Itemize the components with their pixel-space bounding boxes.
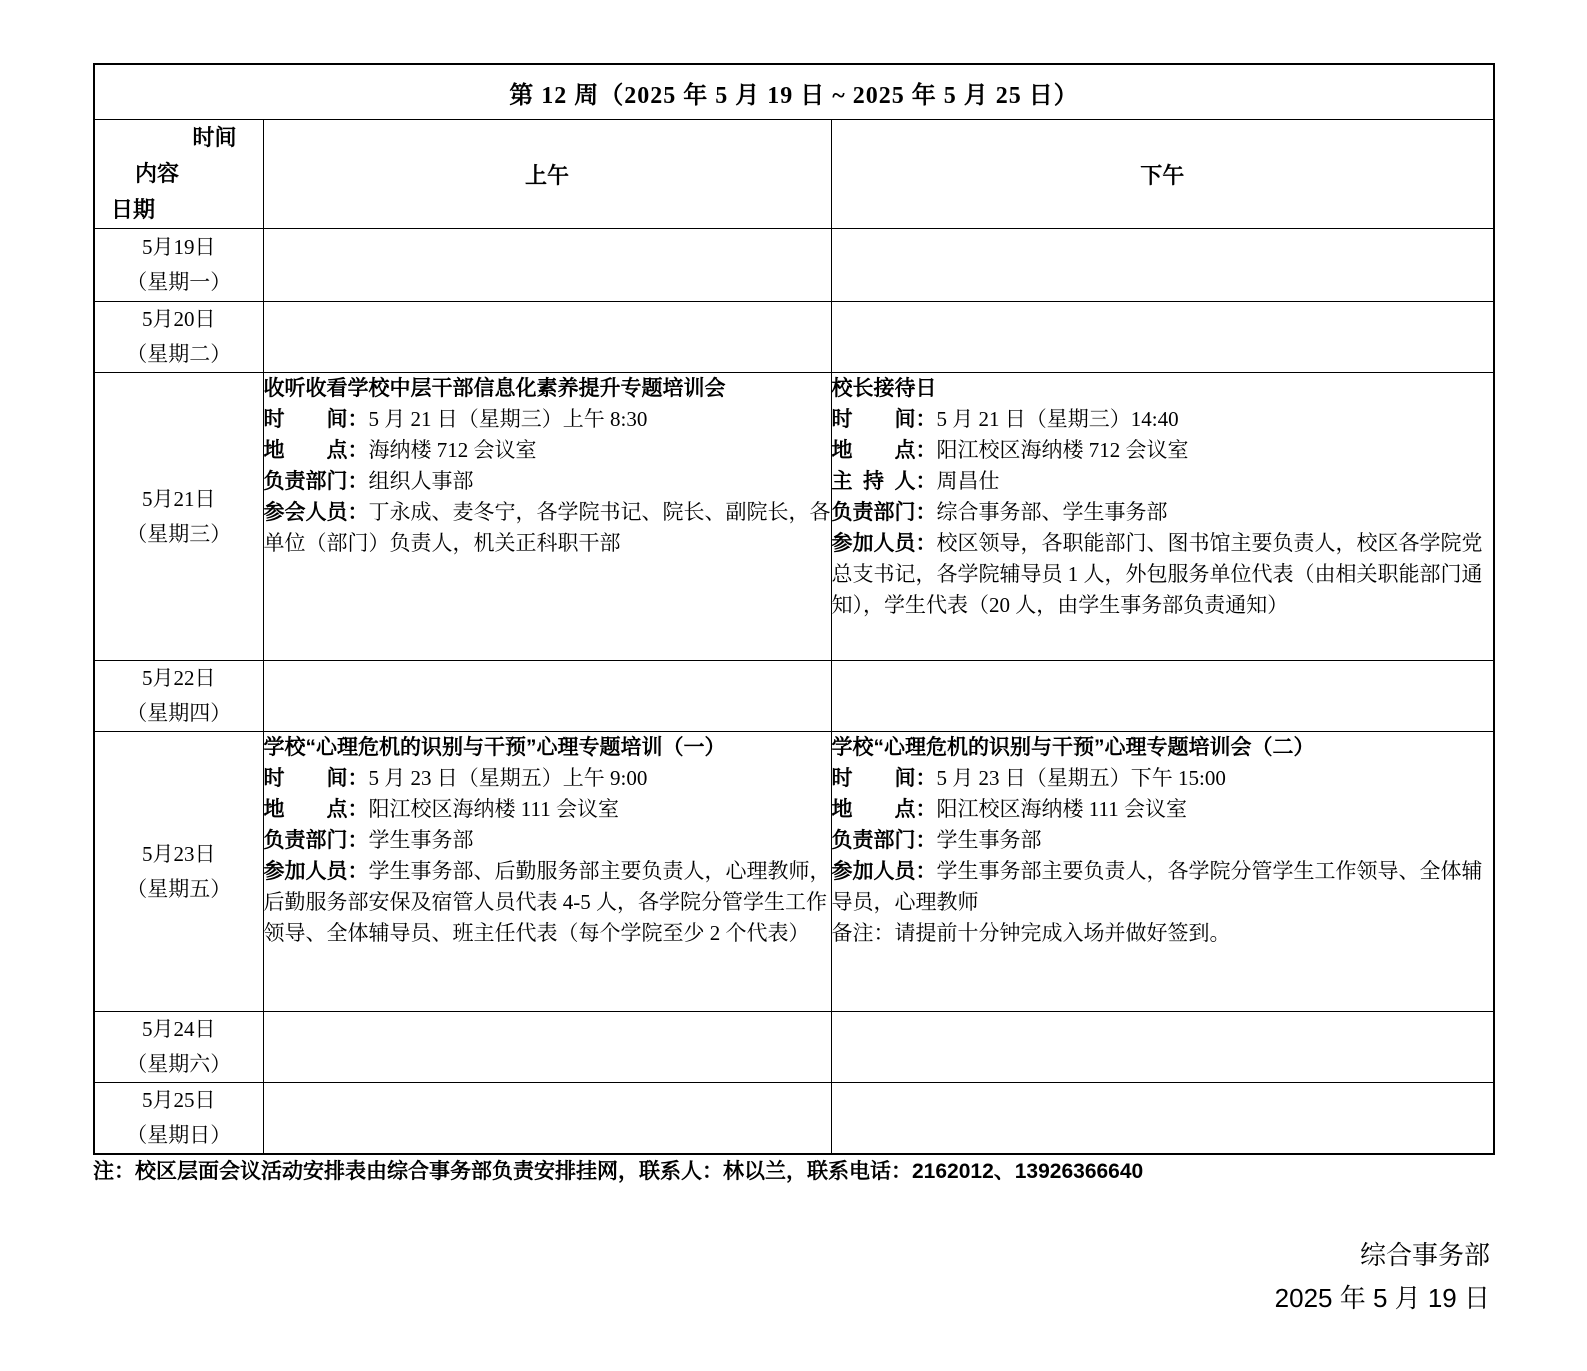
date-label: 5月24日	[95, 1012, 263, 1047]
afternoon-cell	[831, 1083, 1494, 1155]
event-field: 负责部门：综合事务部、学生事务部	[832, 497, 1494, 528]
event-title: 收听收看学校中层干部信息化素养提升专题培训会	[264, 373, 831, 404]
event-field: 参加人员：学生事务部主要负责人，各学院分管学生工作领导、全体辅导员，心理教师	[832, 856, 1494, 918]
afternoon-cell	[831, 229, 1494, 302]
event-field: 地 点：阳江校区海纳楼 111 会议室	[832, 794, 1494, 825]
date-label: 5月23日	[95, 837, 263, 872]
field-label: 地 点：	[832, 438, 937, 462]
corner-header-cell: 时间 内容 日期	[94, 120, 263, 229]
afternoon-cell: 学校“心理危机的识别与干预”心理专题培训会（二）时 间：5 月 23 日（星期五…	[831, 732, 1494, 1012]
weekday-label: （星期日）	[95, 1118, 263, 1153]
event-field: 时 间：5 月 21 日（星期三）14:40	[832, 404, 1494, 435]
morning-cell: 收听收看学校中层干部信息化素养提升专题培训会时 间：5 月 21 日（星期三）上…	[263, 373, 831, 661]
afternoon-cell	[831, 1012, 1494, 1083]
field-value: 5 月 21 日（星期三）上午 8:30	[369, 407, 648, 431]
date-label: 5月25日	[95, 1083, 263, 1118]
field-value: 请提前十分钟完成入场并做好签到。	[895, 921, 1231, 945]
field-value: 阳江校区海纳楼 111 会议室	[937, 797, 1187, 821]
weekday-label: （星期六）	[95, 1047, 263, 1082]
afternoon-cell: 校长接待日时 间：5 月 21 日（星期三）14:40地 点：阳江校区海纳楼 7…	[831, 373, 1494, 661]
field-label: 地 点：	[832, 797, 937, 821]
afternoon-cell	[831, 302, 1494, 373]
signature-department: 综合事务部	[1275, 1234, 1490, 1277]
afternoon-cell	[831, 661, 1494, 732]
event-field: 负责部门：学生事务部	[264, 825, 831, 856]
field-value: 5 月 23 日（星期五）上午 9:00	[369, 766, 648, 790]
date-cell: 5月19日（星期一）	[94, 229, 263, 302]
field-value: 学生事务部	[369, 828, 474, 852]
table-title: 第 12 周（2025 年 5 月 19 日 ~ 2025 年 5 月 25 日…	[94, 64, 1494, 120]
signature-block: 综合事务部 2025 年 5 月 19 日	[1275, 1234, 1490, 1320]
table-title-row: 第 12 周（2025 年 5 月 19 日 ~ 2025 年 5 月 25 日…	[94, 64, 1494, 120]
table-header-row: 时间 内容 日期 上午 下午	[94, 120, 1494, 229]
event-title: 学校“心理危机的识别与干预”心理专题培训（一）	[264, 732, 831, 763]
date-cell: 5月23日（星期五）	[94, 732, 263, 1012]
field-value: 周昌仕	[937, 469, 1000, 493]
corner-label-content: 内容	[95, 156, 263, 192]
date-cell: 5月21日（星期三）	[94, 373, 263, 661]
event-field: 备注：请提前十分钟完成入场并做好签到。	[832, 918, 1494, 949]
schedule-body: 5月19日（星期一）5月20日（星期二）5月21日（星期三）收听收看学校中层干部…	[94, 229, 1494, 1155]
event-field: 参会人员：丁永成、麦冬宁，各学院书记、院长、副院长，各单位（部门）负责人，机关正…	[264, 497, 831, 559]
day-row: 5月25日（星期日）	[94, 1083, 1494, 1155]
date-cell: 5月24日（星期六）	[94, 1012, 263, 1083]
field-value: 阳江校区海纳楼 111 会议室	[369, 797, 619, 821]
date-cell: 5月25日（星期日）	[94, 1083, 263, 1155]
corner-label-time: 时间	[95, 120, 263, 156]
event-field: 地 点：阳江校区海纳楼 712 会议室	[832, 435, 1494, 466]
date-cell: 5月22日（星期四）	[94, 661, 263, 732]
day-row: 5月21日（星期三）收听收看学校中层干部信息化素养提升专题培训会时 间：5 月 …	[94, 373, 1494, 661]
field-label: 地 点：	[264, 797, 369, 821]
morning-cell	[263, 229, 831, 302]
field-label: 负责部门：	[832, 828, 937, 852]
field-label: 参会人员：	[264, 500, 369, 524]
field-label: 地 点：	[264, 438, 369, 462]
footnote: 注：校区层面会议活动安排表由综合事务部负责安排挂网，联系人：林以兰，联系电话：2…	[93, 1157, 1493, 1187]
weekday-label: （星期三）	[95, 517, 263, 552]
field-label: 时 间：	[832, 407, 937, 431]
day-row: 5月24日（星期六）	[94, 1012, 1494, 1083]
day-row: 5月20日（星期二）	[94, 302, 1494, 373]
field-value: 5 月 21 日（星期三）14:40	[937, 407, 1179, 431]
weekday-label: （星期五）	[95, 872, 263, 907]
column-header-morning: 上午	[263, 120, 831, 229]
event-field: 主 持 人：周昌仕	[832, 466, 1494, 497]
day-row: 5月19日（星期一）	[94, 229, 1494, 302]
weekday-label: （星期一）	[95, 265, 263, 300]
weekday-label: （星期四）	[95, 696, 263, 731]
field-label: 负责部门：	[264, 828, 369, 852]
column-header-afternoon: 下午	[831, 120, 1494, 229]
event-field: 时 间：5 月 21 日（星期三）上午 8:30	[264, 404, 831, 435]
field-value: 学生事务部	[937, 828, 1042, 852]
event-field: 地 点：海纳楼 712 会议室	[264, 435, 831, 466]
day-row: 5月23日（星期五）学校“心理危机的识别与干预”心理专题培训（一）时 间：5 月…	[94, 732, 1494, 1012]
morning-cell	[263, 1012, 831, 1083]
date-label: 5月20日	[95, 302, 263, 337]
field-label: 负责部门：	[832, 500, 937, 524]
field-label: 主 持 人：	[832, 469, 937, 493]
field-label: 参加人员：	[832, 859, 937, 883]
field-value: 海纳楼 712 会议室	[369, 438, 537, 462]
field-label: 时 间：	[264, 407, 369, 431]
event-field: 参加人员：学生事务部、后勤服务部主要负责人，心理教师，后勤服务部安保及宿管人员代…	[264, 856, 831, 949]
weekly-schedule-document: 第 12 周（2025 年 5 月 19 日 ~ 2025 年 5 月 25 日…	[0, 0, 1587, 1371]
weekday-label: （星期二）	[95, 337, 263, 372]
field-value: 组织人事部	[369, 469, 474, 493]
field-label: 负责部门：	[264, 469, 369, 493]
field-label: 参加人员：	[832, 531, 937, 555]
field-value: 阳江校区海纳楼 712 会议室	[937, 438, 1189, 462]
event-title: 学校“心理危机的识别与干预”心理专题培训会（二）	[832, 732, 1494, 763]
date-label: 5月19日	[95, 230, 263, 265]
corner-label-date: 日期	[95, 192, 263, 228]
morning-cell: 学校“心理危机的识别与干预”心理专题培训（一）时 间：5 月 23 日（星期五）…	[263, 732, 831, 1012]
field-value: 综合事务部、学生事务部	[937, 500, 1168, 524]
day-row: 5月22日（星期四）	[94, 661, 1494, 732]
date-label: 5月21日	[95, 482, 263, 517]
field-label: 备注：	[832, 921, 895, 945]
field-label: 时 间：	[264, 766, 369, 790]
event-field: 负责部门：组织人事部	[264, 466, 831, 497]
event-field: 地 点：阳江校区海纳楼 111 会议室	[264, 794, 831, 825]
date-cell: 5月20日（星期二）	[94, 302, 263, 373]
field-label: 时 间：	[832, 766, 937, 790]
event-field: 参加人员：校区领导，各职能部门、图书馆主要负责人，校区各学院党总支书记，各学院辅…	[832, 528, 1494, 621]
field-label: 参加人员：	[264, 859, 369, 883]
event-field: 负责部门：学生事务部	[832, 825, 1494, 856]
morning-cell	[263, 661, 831, 732]
morning-cell	[263, 302, 831, 373]
field-value: 5 月 23 日（星期五）下午 15:00	[937, 766, 1226, 790]
date-label: 5月22日	[95, 661, 263, 696]
morning-cell	[263, 1083, 831, 1155]
event-field: 时 间：5 月 23 日（星期五）下午 15:00	[832, 763, 1494, 794]
weekly-schedule-table: 第 12 周（2025 年 5 月 19 日 ~ 2025 年 5 月 25 日…	[93, 63, 1495, 1155]
signature-date: 2025 年 5 月 19 日	[1275, 1277, 1490, 1320]
event-field: 时 间：5 月 23 日（星期五）上午 9:00	[264, 763, 831, 794]
event-title: 校长接待日	[832, 373, 1494, 404]
